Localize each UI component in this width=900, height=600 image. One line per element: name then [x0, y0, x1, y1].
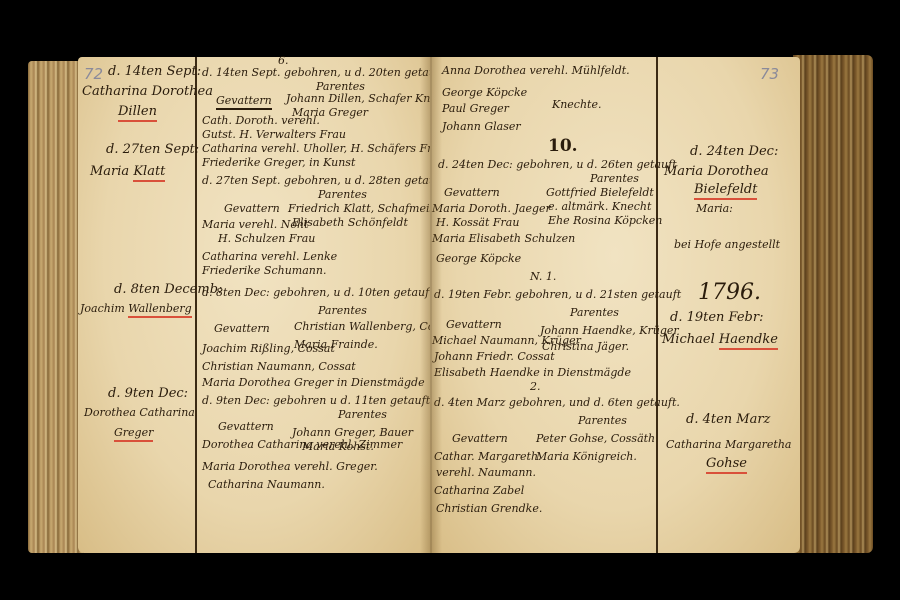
gevattern-label: Gevattern [216, 94, 272, 110]
godparent: Cathar. Margareth. [434, 451, 542, 463]
godparent: Christian Grendke. [436, 503, 542, 515]
margin-name: Dorothea Catharina [84, 407, 195, 419]
margin-rule [195, 57, 197, 553]
godparent: Johann Friedr. Cossat [434, 351, 555, 363]
entry-line: d. 19ten Febr. gebohren, u d. 21sten get… [434, 289, 681, 301]
year-heading: 1796. [698, 281, 761, 305]
gevattern-label: Gevattern [452, 433, 508, 445]
parentes-label: Parentes [338, 409, 387, 421]
godparent: George Köpcke [436, 253, 521, 265]
margin-rule [656, 57, 658, 553]
gevattern-label: Gevattern [446, 319, 502, 331]
godparent: Joachim Rißling, Cossat [202, 343, 335, 355]
parent: Ehe Rosina Köpcken [548, 215, 662, 227]
margin-surname: Wallenberg [128, 302, 191, 318]
left-page-edges [28, 61, 83, 553]
margin-date: d. 4ten Marz [686, 413, 770, 427]
godparent: Anna Dorothea verehl. Mühlfeldt. [442, 65, 630, 77]
parent: Elisabeth Schönfeldt [292, 217, 408, 229]
godparent: Catharina verehl. Uholler, H. Schäfers F… [202, 143, 446, 155]
open-register-book: 72 d. 14ten Sept: Catharina Dorothea Dil… [28, 55, 873, 560]
godparent: Friederike Schumann. [202, 265, 326, 277]
godparent: Friederike Greger, in Kunst [202, 157, 355, 169]
godparent: Maria Dorothea Greger in Dienstmägde [202, 377, 425, 389]
margin-surname: Gohse [706, 456, 747, 474]
parentes-label: Parentes [318, 305, 367, 317]
godparent-note: Knechte. [552, 99, 601, 111]
parent: Gottfried Bielefeldt [546, 187, 654, 199]
margin-surname: Greger [114, 426, 153, 442]
entry-line: d. 9ten Dec: gebohren u d. 11ten getauft… [202, 395, 434, 407]
godparent: H. Kossät Frau [436, 217, 519, 229]
margin-date: d. 9ten Dec: [108, 387, 188, 401]
right-page-edges [793, 55, 873, 553]
godparent: Johann Glaser [442, 121, 521, 133]
margin-name: Maria [90, 164, 129, 179]
margin-name: Maria Dorothea [664, 165, 769, 179]
godparent: Elisabeth Haendke in Dienstmägde [434, 367, 631, 379]
parent: e. altmärk. Knecht [548, 201, 651, 213]
entry-number: N. 1. [530, 271, 556, 283]
gevattern-label: Gevattern [214, 323, 270, 335]
margin-date: d. 24ten Dec: [690, 145, 778, 159]
parentes-label: Parentes [578, 415, 627, 427]
page-number: 72 [84, 65, 103, 83]
margin-surname: Haendke [719, 332, 778, 350]
godparent: Christian Naumann, Cossat [202, 361, 356, 373]
entry-line: d. 14ten Sept. gebohren, u d. 20ten geta… [202, 67, 448, 79]
margin-extra: Maria: [696, 203, 733, 215]
godparent: Catharina Zabel [434, 485, 524, 497]
godparent: Catharina verehl. Lenke [202, 251, 337, 263]
book-gutter [420, 57, 442, 553]
margin-note: bei Hofe angestellt [674, 239, 780, 251]
godparent: Maria Elisabeth Schulzen [432, 233, 575, 245]
margin-date: d. 27ten Sept: [106, 143, 199, 157]
parentes-label: Parentes [318, 189, 367, 201]
left-page: 72 d. 14ten Sept: Catharina Dorothea Dil… [78, 57, 430, 553]
godparent: Catharina Naumann. [208, 479, 325, 491]
gevattern-label: Gevattern [444, 187, 500, 199]
gevattern-label: Gevattern [224, 203, 280, 215]
godparent: verehl. Naumann. [436, 467, 536, 479]
godparent: George Köpcke [442, 87, 527, 99]
entry-number: 2. [530, 381, 541, 393]
margin-surname: Dillen [118, 104, 157, 122]
godparent: Dorothea Catharina verehl. Zimmer [202, 439, 402, 451]
godparent: Maria Dorothea verehl. Greger. [202, 461, 378, 473]
godparent: Cath. Doroth. verehl. [202, 115, 320, 127]
godparent: H. Schulzen Frau [218, 233, 315, 245]
margin-date: d. 19ten Febr: [670, 311, 763, 325]
parentes-label: Parentes [590, 173, 639, 185]
godparent: Michael Naumann, Krüger [432, 335, 581, 347]
margin-name: Catharina Dorothea [82, 85, 213, 99]
entry-number: 10. [548, 137, 578, 156]
margin-name: Catharina Margaretha [666, 439, 791, 451]
margin-name: Michael [662, 332, 715, 347]
margin-date: d. 14ten Sept: [108, 65, 201, 79]
margin-name: Joachim [80, 302, 125, 315]
parentes-label: Parentes [570, 307, 619, 319]
godparent: Maria verehl. Noht [202, 219, 309, 231]
godparent: Maria Doroth. Jaeger [432, 203, 551, 215]
godparent: Gutst. H. Verwalters Frau [202, 129, 346, 141]
right-page: 73 Anna Dorothea verehl. Mühlfeldt. Geor… [430, 57, 800, 553]
parent: Maria Königreich. [536, 451, 637, 463]
parent: Peter Gohse, Cossäth [536, 433, 655, 445]
entry-line: d. 4ten Marz gebohren, und d. 6ten getau… [434, 397, 680, 409]
margin-surname: Bielefeldt [694, 182, 757, 200]
entry-line: d. 24ten Dec: gebohren, u d. 26ten getau… [438, 159, 677, 171]
gevattern-label: Gevattern [218, 421, 274, 433]
entry-line: d. 27ten Sept. gebohren, u d. 28ten geta… [202, 175, 444, 187]
page-number: 73 [760, 65, 779, 83]
godparent: Paul Greger [442, 103, 509, 115]
entry-line: d. 8ten Dec: gebohren, u d. 10ten getauf… [202, 287, 434, 299]
margin-surname: Klatt [133, 164, 165, 182]
